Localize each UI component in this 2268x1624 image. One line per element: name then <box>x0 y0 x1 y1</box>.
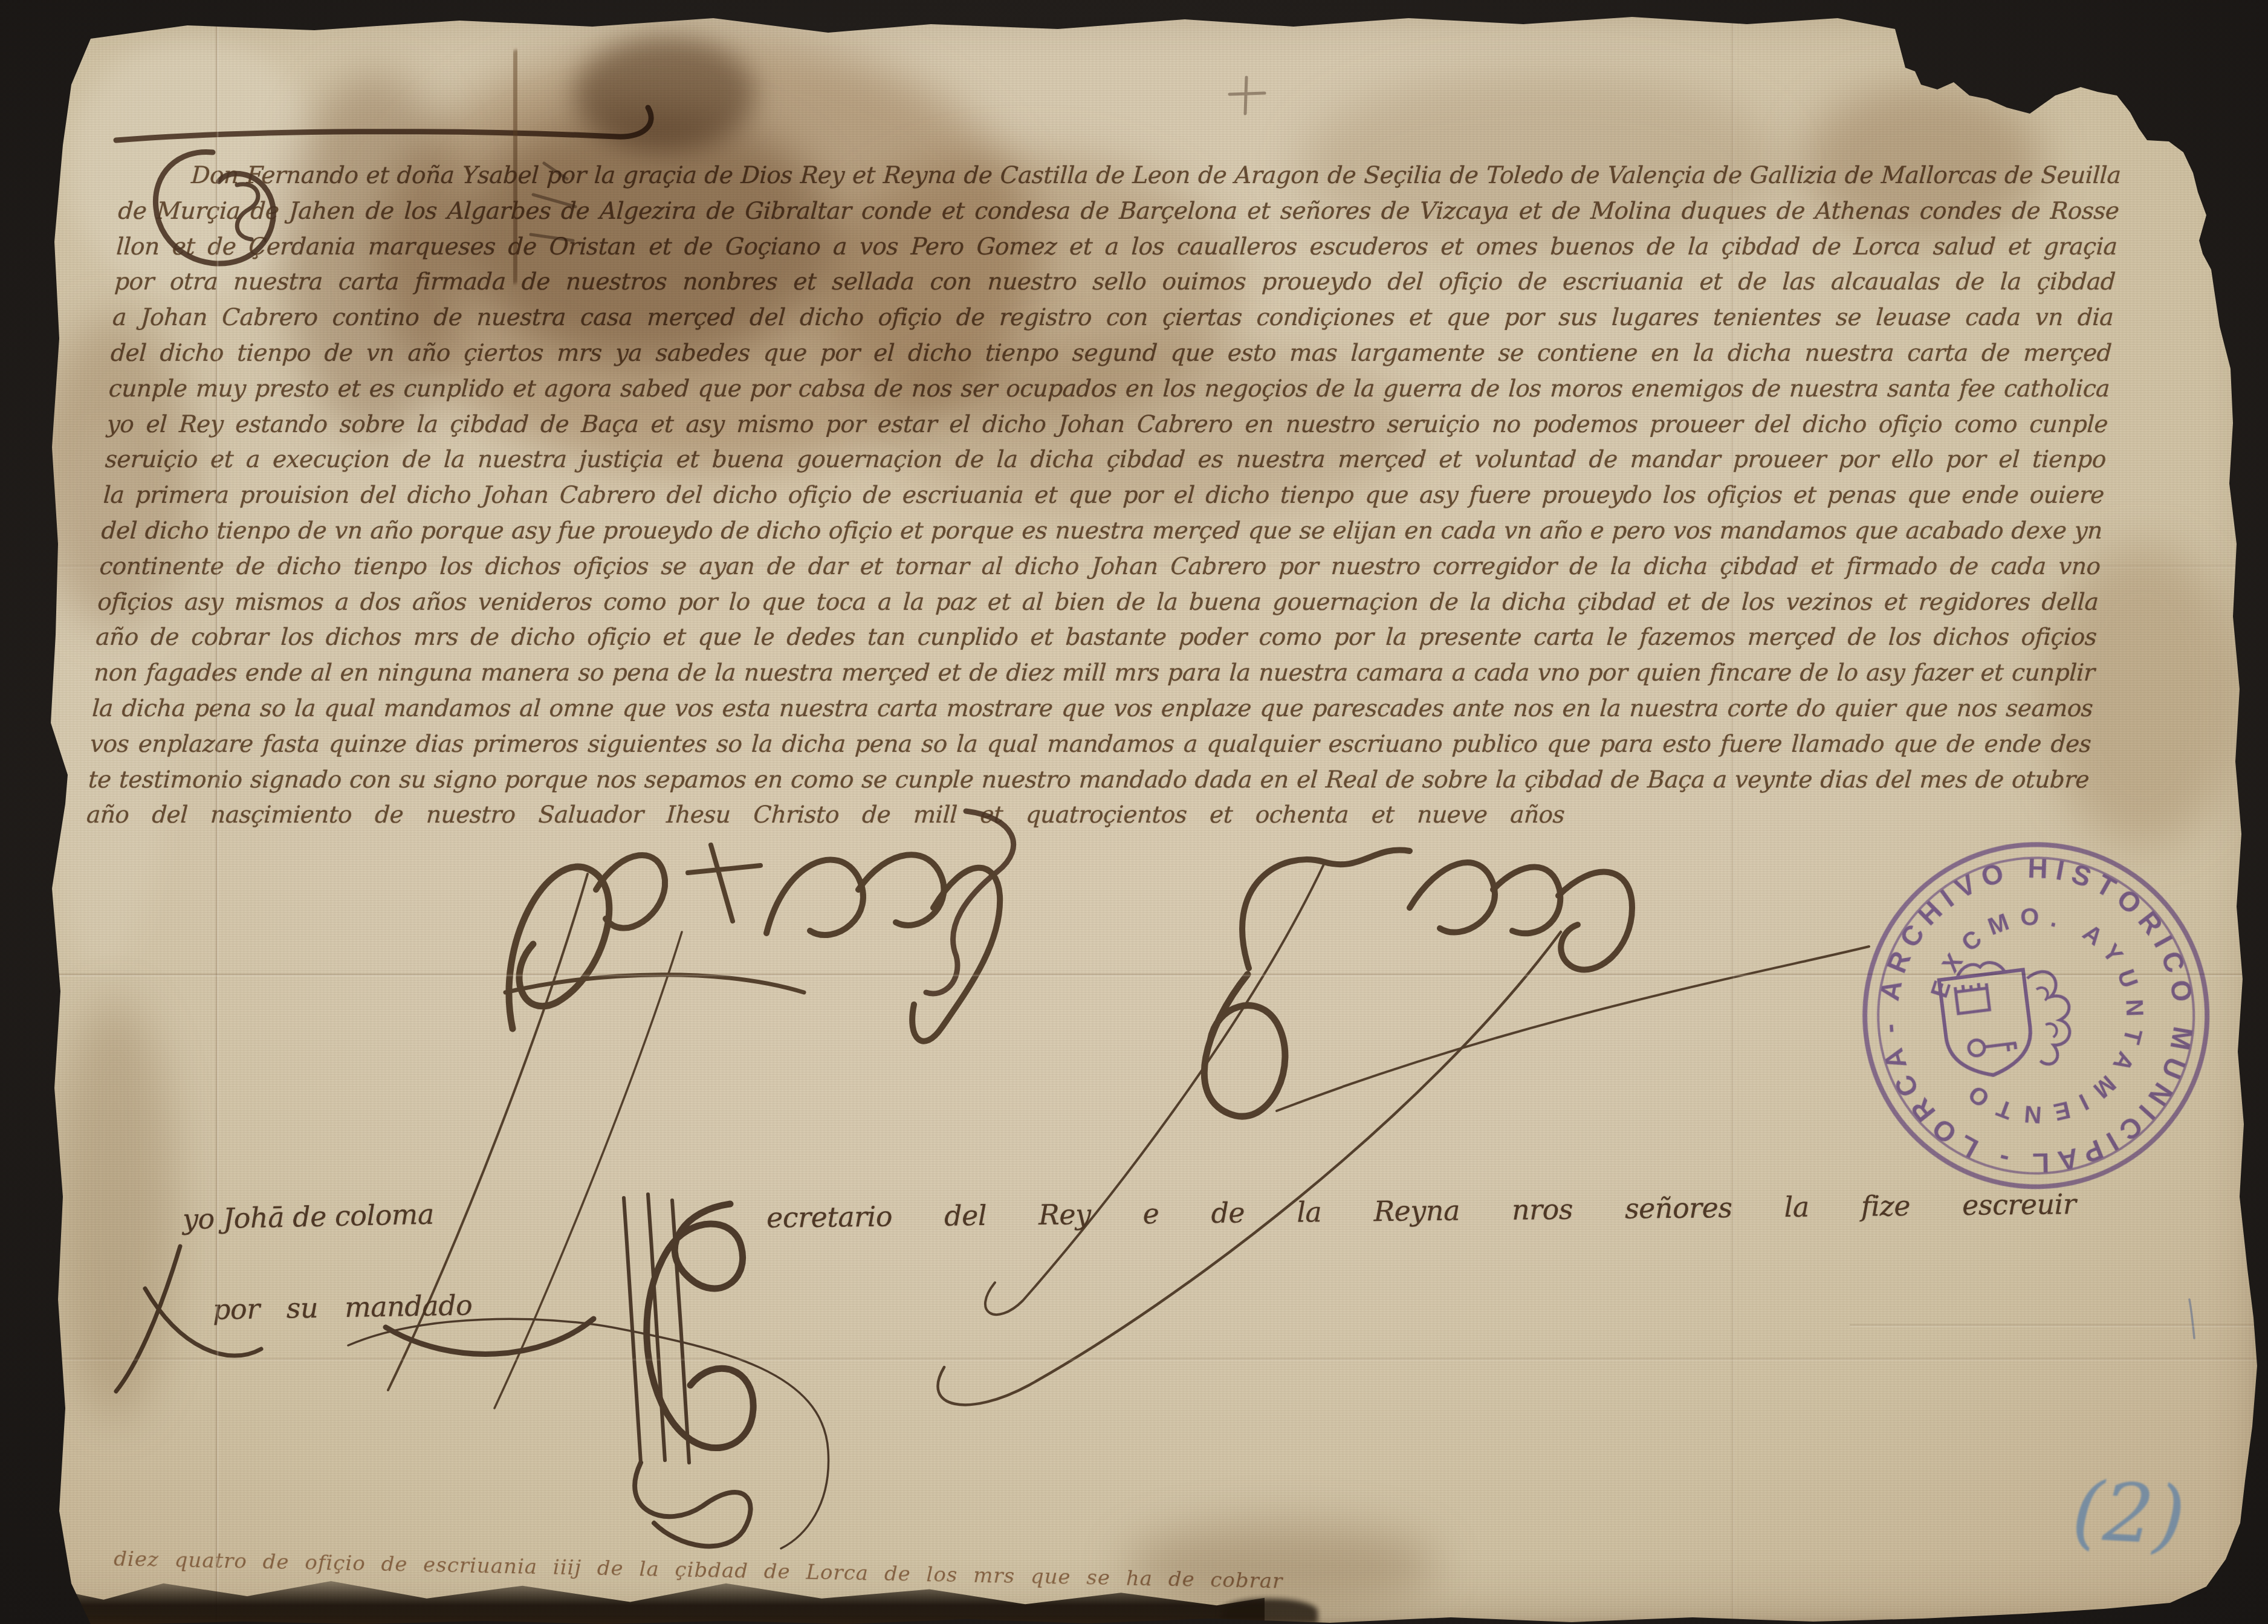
manuscript-line: llon et de Çerdania marqueses de Oristan… <box>115 230 2118 265</box>
secretary-monogram <box>116 1194 829 1548</box>
stain <box>574 36 756 151</box>
manuscript-line: ofiçios asy mismos a dos años venideros … <box>97 585 2099 621</box>
manuscript-line: te testimonio signado con su signo porqu… <box>88 763 2090 798</box>
fold-highlight <box>36 423 169 967</box>
manuscript-line: vos enplazare fasta quinze dias primeros… <box>89 727 2092 763</box>
stamp-inner-text: EXCMO. AYUNTAMIENTO <box>1917 890 2162 1140</box>
ink-flourishes-layer <box>0 0 2268 1624</box>
stain <box>36 314 193 629</box>
stain <box>876 338 1421 520</box>
stamp-ring-text: - ARCHIVO HISTORICO MUNICIPAL - LORCA <box>1854 833 2218 1198</box>
vertical-crease <box>1731 0 1735 1624</box>
manuscript-line: continente de dicho tienpo los dichos of… <box>99 549 2101 585</box>
corner-fold-highlight <box>66 36 320 296</box>
secretary-subscription-mandado: por su mandado <box>213 1289 473 1325</box>
parchment-sheet: Don Fernando et doña Ysabel por la graçi… <box>0 0 2268 1624</box>
manuscript-line: a Johan Cabrero contino de nuestra casa … <box>112 300 2114 336</box>
stain <box>816 151 1239 423</box>
manuscript-line: non fagades ende al en ninguna manera so… <box>93 656 2096 691</box>
initial-flourish <box>116 108 651 264</box>
burnt-bottom-edge <box>68 1566 1265 1624</box>
stain <box>459 109 834 363</box>
manuscript-body: Don Fernando et doña Ysabel por la graçi… <box>85 158 2122 833</box>
stain <box>375 36 1040 471</box>
burnt-spot <box>1221 1599 1318 1624</box>
vertical-crease <box>215 0 219 1624</box>
coat-of-arms <box>1938 954 2076 1081</box>
manuscript-line: por otra nuestra carta firmada de nuestr… <box>114 265 2116 300</box>
secretary-subscription-left: yo Johā de coloma <box>182 1198 434 1236</box>
manuscript-line: del dicho tienpo de vn año çiertos mrs y… <box>110 336 2113 372</box>
horizontal-crease <box>0 1357 2268 1361</box>
page-number: (2) <box>2070 1464 2188 1564</box>
ink-smear <box>514 54 517 279</box>
manuscript-line: año del nasçimiento de nuestro Saluador … <box>85 798 2088 833</box>
blue-crease-mark <box>2189 1299 2194 1338</box>
manuscript-line: del dicho tienpo de vn año porque asy fu… <box>100 514 2103 549</box>
cross-mark <box>1230 77 1265 114</box>
manuscript-line: yo el Rey estando sobre la çibdad de Baç… <box>106 407 2108 443</box>
end-rubric <box>926 811 1014 994</box>
manuscript-line: cunple muy presto et es cunplido et agor… <box>108 372 2110 407</box>
secretary-subscription-right: ecretario del Rey e de la Reyna nros señ… <box>766 1187 2121 1234</box>
foot-registration-line: diez quatro de ofiçio de escriuania iiij… <box>114 1547 1283 1593</box>
stain <box>1801 85 2043 242</box>
manuscript-line: año de cobrar los dichos mrs de dicho of… <box>95 620 2098 656</box>
stamp-inner-ring <box>1860 840 2212 1192</box>
horizontal-crease <box>0 973 2268 977</box>
manuscript-line: Don Fernando et doña Ysabel por la graçi… <box>119 158 2122 194</box>
photograph-of-manuscript: Don Fernando et doña Ysabel por la graçi… <box>0 0 2268 1624</box>
stain <box>1124 1523 1439 1608</box>
archive-stamp: - ARCHIVO HISTORICO MUNICIPAL - LORCA EX… <box>1830 814 2247 1225</box>
stain <box>54 997 175 1420</box>
manuscript-line: seruiçio et a execuçion de la nuestra ju… <box>104 442 2107 478</box>
horizontal-crease <box>0 565 2268 568</box>
manuscript-line: la dicha pena so la qual mandamos al omn… <box>91 691 2094 727</box>
stain <box>2043 544 2243 846</box>
manuscript-line: de Murçia de Jahen de los Algarbes de Al… <box>117 194 2120 230</box>
stain <box>284 73 465 435</box>
signature-king-rubrica <box>388 845 1000 1408</box>
stamp-outer-ring <box>1845 825 2227 1206</box>
horizontal-crease <box>1850 1324 2268 1327</box>
manuscript-line: la primera prouision del dicho Johan Cab… <box>102 478 2105 514</box>
signature-queen-rubrica <box>938 850 1869 1405</box>
stain <box>1300 73 1783 254</box>
